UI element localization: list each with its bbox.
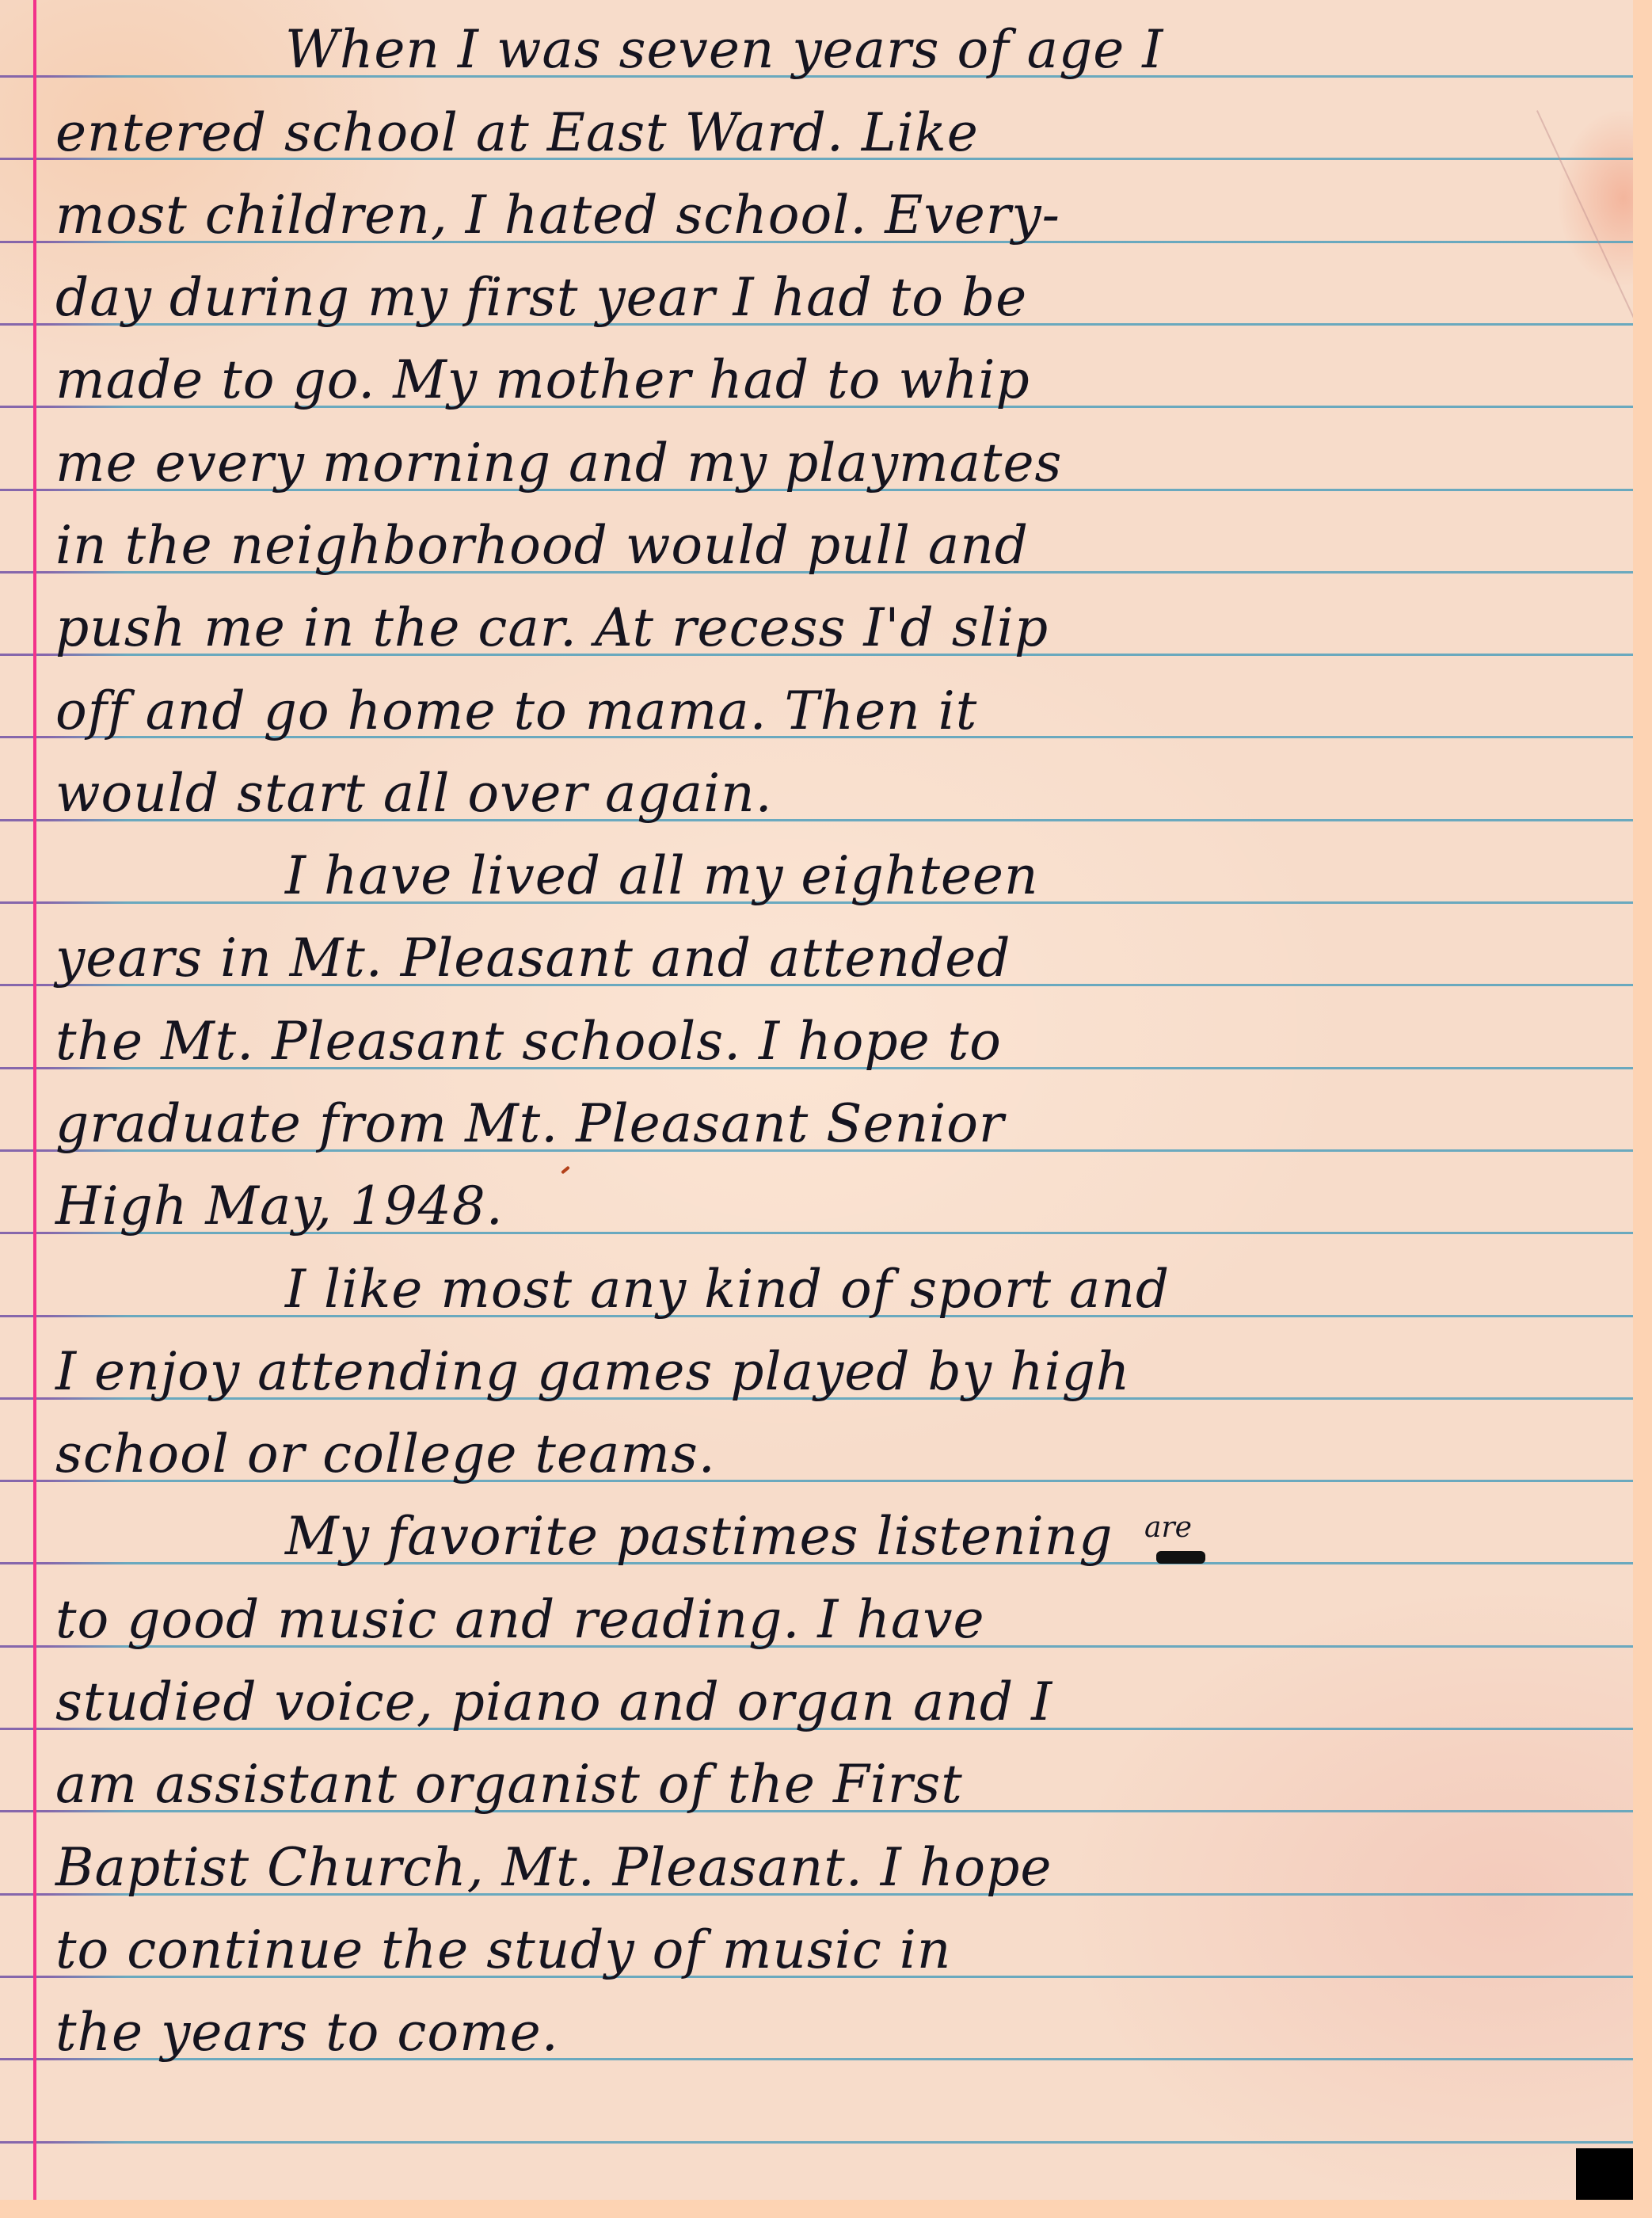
text-line: push me in the car. At recess I'd slip xyxy=(55,602,1049,654)
torn-corner-shadow xyxy=(1576,2148,1633,2200)
text-line: day during my first year I had to be xyxy=(55,272,1027,324)
text-line: High May, 1948. xyxy=(55,1180,504,1233)
text-line: I enjoy attending games played by high xyxy=(55,1346,1130,1398)
text-line: to continue the study of music in xyxy=(55,1924,951,1976)
rule-line xyxy=(0,2141,1633,2144)
text-line: entered school at East Ward. Like xyxy=(55,107,979,159)
text-line: My favorite pastimes listening xyxy=(285,1511,1113,1563)
text-line: years in Mt. Pleasant and attended xyxy=(55,932,1011,985)
text-line: to good music and reading. I have xyxy=(55,1594,985,1646)
text-line: Baptist Church, Mt. Pleasant. I hope xyxy=(55,1842,1052,1894)
text-line: I have lived all my eighteen xyxy=(285,850,1038,902)
text-line: me every morning and my playmates xyxy=(55,437,1062,490)
text-line: the years to come. xyxy=(55,2006,559,2059)
text-line: most children, I hated school. Every- xyxy=(55,189,1060,242)
text-line: I like most any kind of sport and xyxy=(285,1263,1170,1316)
notebook-page: When I was seven years of age I entered … xyxy=(0,0,1633,2200)
text-line: in the neighborhood would pull and xyxy=(55,520,1029,572)
text-line: school or college teams. xyxy=(55,1428,716,1481)
paper-crease xyxy=(1536,110,1633,355)
margin-line xyxy=(33,0,36,2200)
text-line: would start all over again. xyxy=(55,768,773,820)
text-line: the Mt. Pleasant schools. I hope to xyxy=(55,1016,1002,1068)
text-line: am assistant organist of the First xyxy=(55,1759,963,1811)
text-line: off and go home to mama. Then it xyxy=(55,685,977,737)
inserted-word: are xyxy=(1144,1511,1192,1544)
text-line: graduate from Mt. Pleasant Senior xyxy=(55,1098,1004,1150)
scratched-out-word xyxy=(1156,1551,1205,1564)
text-line: made to go. My mother had to whip xyxy=(55,354,1030,406)
text-line: studied voice, piano and organ and I xyxy=(55,1676,1052,1728)
text-line: When I was seven years of age I xyxy=(285,24,1163,76)
ink-speck xyxy=(561,1166,570,1175)
